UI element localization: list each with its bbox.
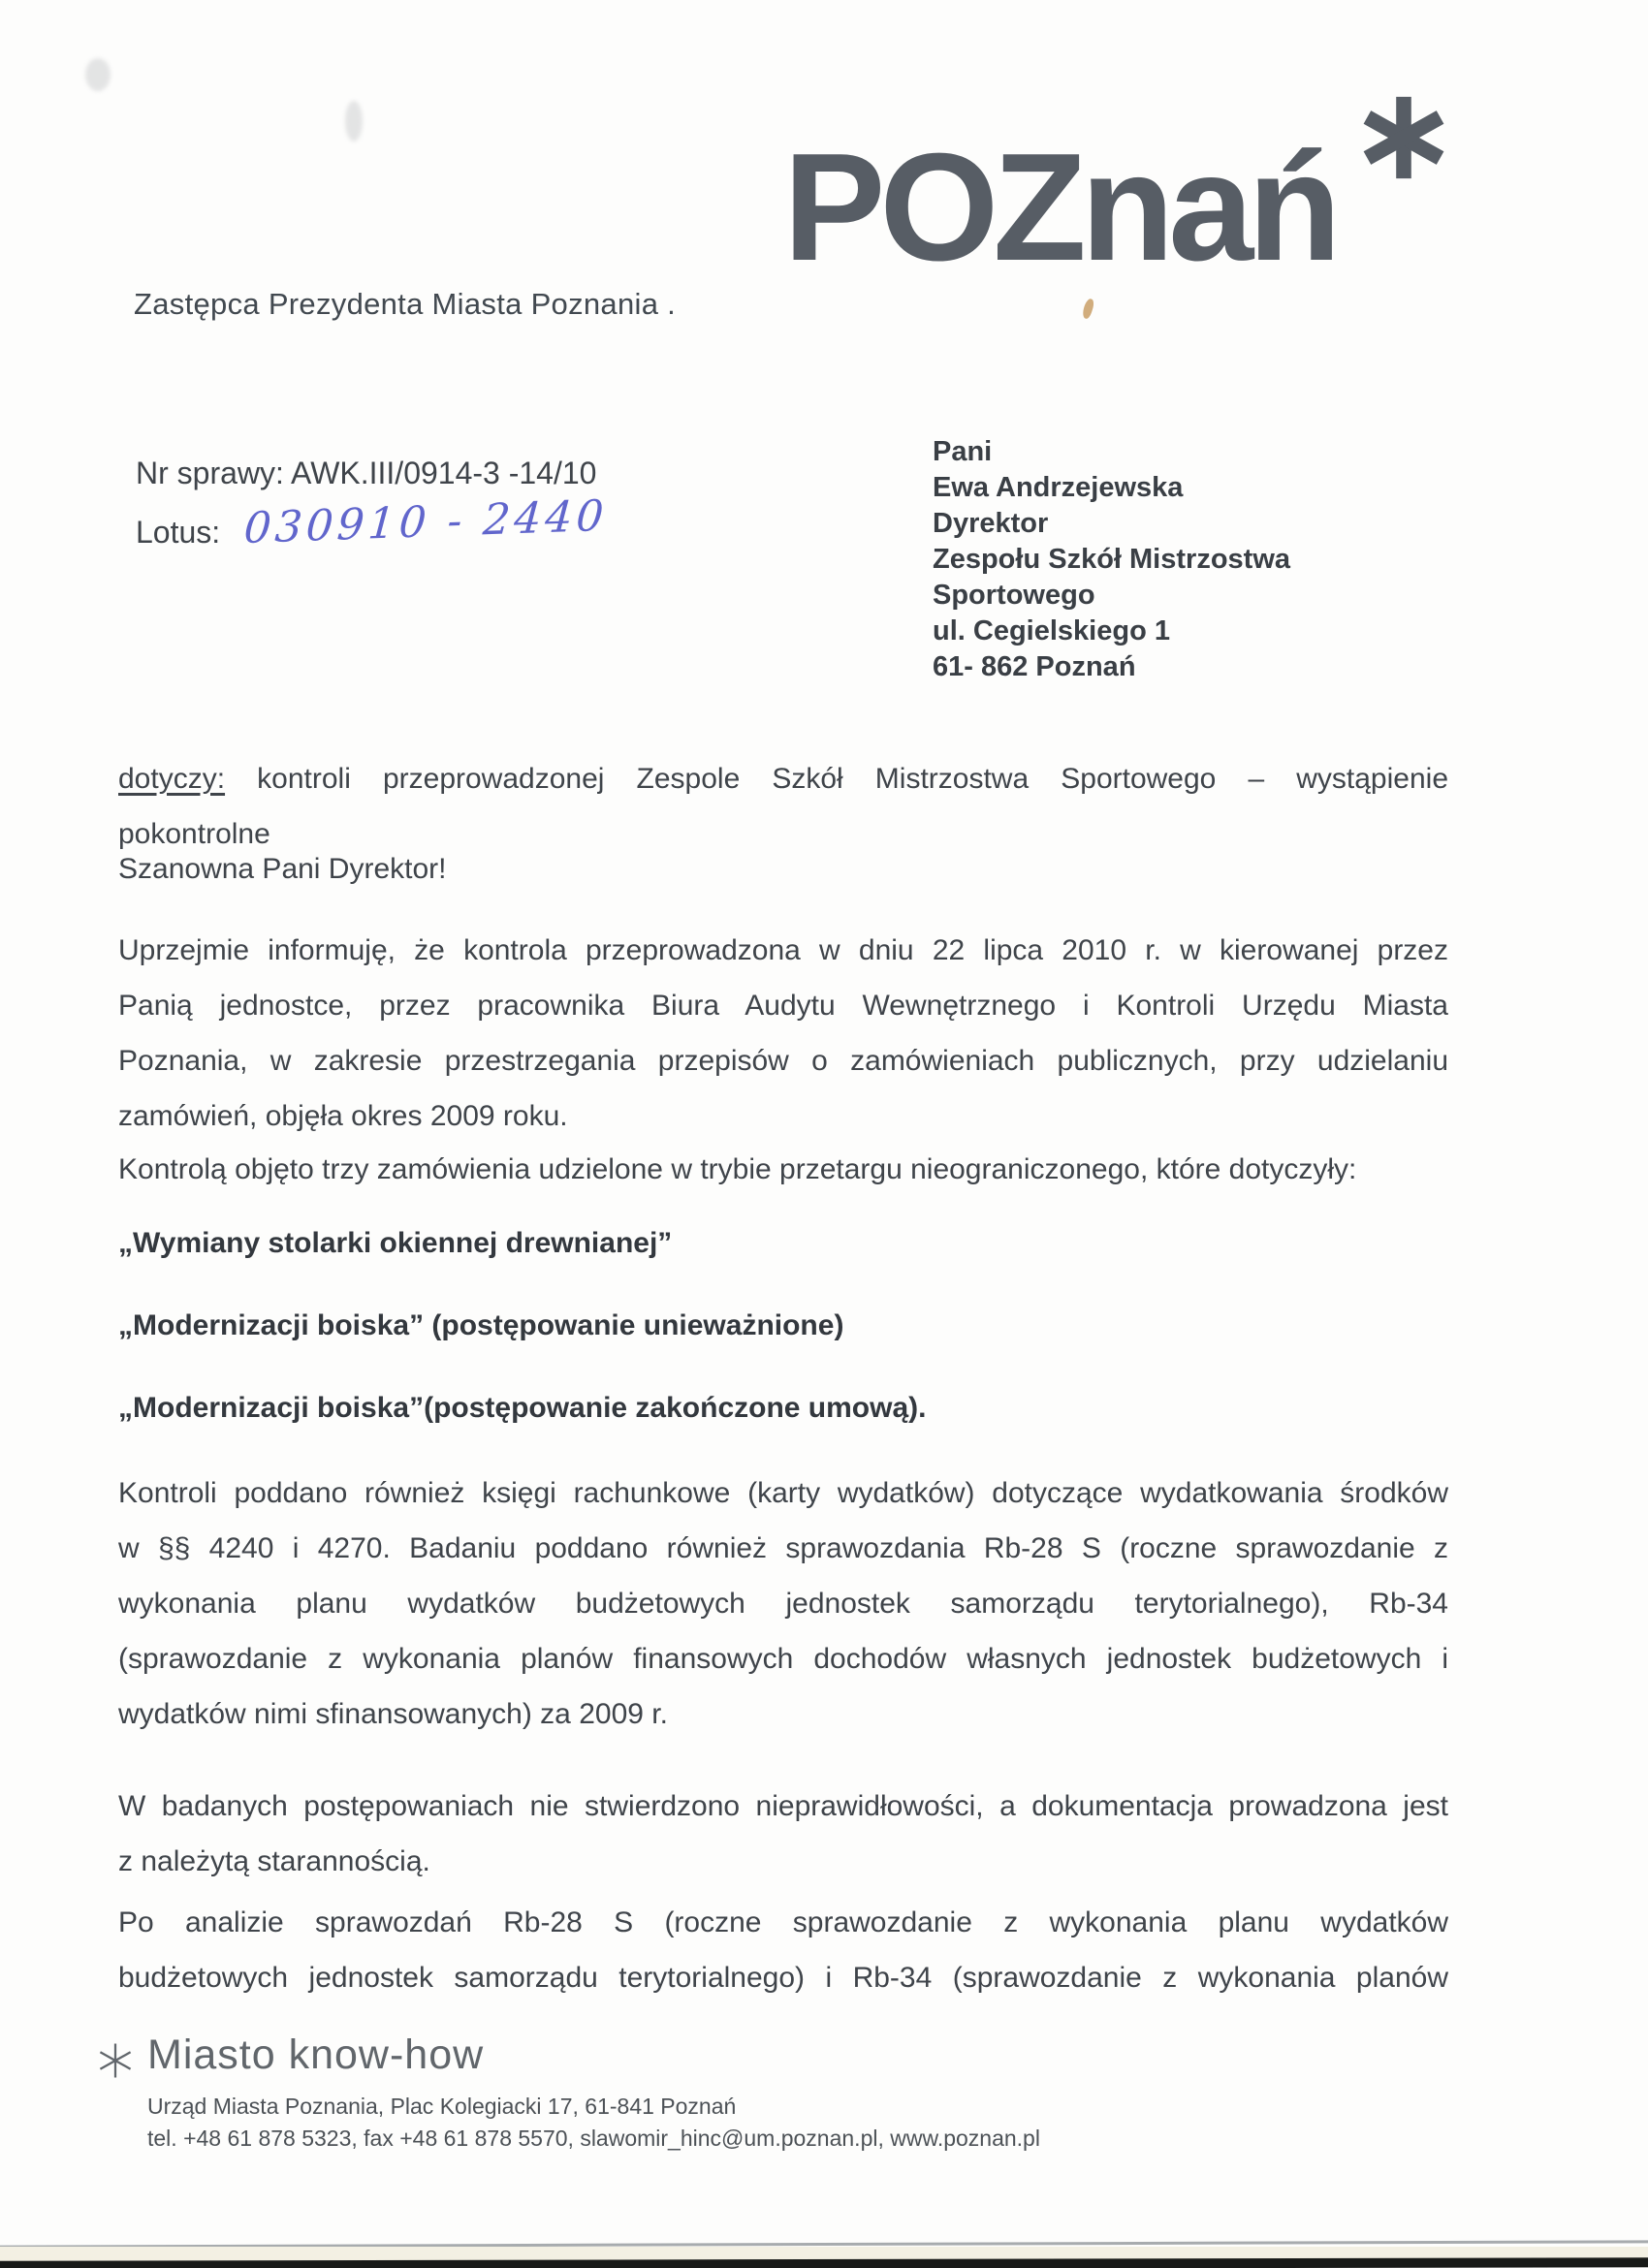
case-number-value: AWK.III/0914-3 -14/10 <box>291 456 596 490</box>
scan-smudge <box>345 101 363 142</box>
paragraph-line: wykonania planu wydatków budżetowych jed… <box>118 1576 1448 1631</box>
paragraph-line: zamówień, objęła okres 2009 roku. <box>118 1088 1448 1144</box>
case-reference-block: Nr sprawy: AWK.III/0914-3 -14/10 Lotus: … <box>136 456 606 552</box>
paragraph-2-intro: Kontrolą objęto trzy zamówienia udzielon… <box>118 1153 1356 1186</box>
recipient-line: Zespołu Szkół Mistrzostwa <box>933 542 1290 578</box>
poznan-logo: POZnań <box>783 131 1336 284</box>
sender-title: Zastępca Prezydenta Miasta Poznania . <box>134 287 676 322</box>
lotus-label: Lotus: <box>136 515 220 550</box>
contract-item-1: „Wymiany stolarki okiennej drewnianej” <box>118 1227 672 1260</box>
paragraph-1: Uprzejmie informuję, że kontrola przepro… <box>118 923 1448 1144</box>
lotus-line: Lotus: 030910 - 2440 <box>136 504 606 552</box>
paragraph-4: W badanych postępowaniach nie stwierdzon… <box>118 1779 1448 1889</box>
footer-address: Urząd Miasta Poznania, Plac Kolegiacki 1… <box>147 2094 736 2120</box>
footer-brand: Miasto know-how <box>147 2032 484 2079</box>
recipient-line: Ewa Andrzejewska <box>933 470 1290 506</box>
paragraph-line: (sprawozdanie z wykonania planów finanso… <box>118 1631 1448 1686</box>
case-number-label: Nr sprawy: <box>136 456 284 490</box>
recipient-line: ul. Cegielskiego 1 <box>933 614 1290 649</box>
paragraph-line: wydatków nimi sfinansowanych) za 2009 r. <box>118 1686 1448 1742</box>
asterisk-icon <box>97 2039 134 2082</box>
scanned-letter-page: POZnań Zastępca Prezydenta Miasta Poznan… <box>0 0 1648 2268</box>
scan-ink-speck <box>1081 298 1095 320</box>
contract-item-2: „Modernizacji boiska” (postępowanie unie… <box>118 1309 843 1342</box>
subject-block: dotyczy: kontroli przeprowadzonej Zespol… <box>118 751 1448 862</box>
subject-text: kontroli przeprowadzonej Zespole Szkół M… <box>225 763 1448 795</box>
paragraph-line: w §§ 4240 i 4270. Badaniu poddano równie… <box>118 1521 1448 1576</box>
salutation: Szanowna Pani Dyrektor! <box>118 853 447 886</box>
paragraph-line: Po analizie sprawozdań Rb-28 S (roczne s… <box>118 1895 1448 1950</box>
paragraph-line: z należytą starannością. <box>118 1834 1448 1889</box>
footer-contact: tel. +48 61 878 5323, fax +48 61 878 557… <box>147 2126 1040 2152</box>
subject-label: dotyczy: <box>118 763 225 795</box>
paragraph-line: budżetowych jednostek samorządu terytori… <box>118 1950 1448 2005</box>
paragraph-line: Kontroli poddano również księgi rachunko… <box>118 1465 1448 1521</box>
paragraph-3: Kontroli poddano również księgi rachunko… <box>118 1465 1448 1742</box>
recipient-line: Sportowego <box>933 578 1290 614</box>
paragraph-line: Poznania, w zakresie przestrzegania prze… <box>118 1033 1448 1088</box>
paragraph-5: Po analizie sprawozdań Rb-28 S (roczne s… <box>118 1895 1448 2005</box>
recipient-line: Dyrektor <box>933 506 1290 542</box>
contract-item-3: „Modernizacji boiska”(postępowanie zakoń… <box>118 1392 926 1425</box>
paragraph-line: Uprzejmie informuję, że kontrola przepro… <box>118 923 1448 978</box>
subject-line: dotyczy: kontroli przeprowadzonej Zespol… <box>118 751 1448 806</box>
paragraph-line: Panią jednostce, przez pracownika Biura … <box>118 978 1448 1033</box>
paragraph-line: W badanych postępowaniach nie stwierdzon… <box>118 1779 1448 1834</box>
asterisk-icon <box>1359 95 1448 180</box>
recipient-address-block: Pani Ewa Andrzejewska Dyrektor Zespołu S… <box>933 434 1290 685</box>
recipient-line: 61- 862 Poznań <box>933 649 1290 685</box>
recipient-line: Pani <box>933 434 1290 470</box>
scan-smudge <box>85 58 111 91</box>
